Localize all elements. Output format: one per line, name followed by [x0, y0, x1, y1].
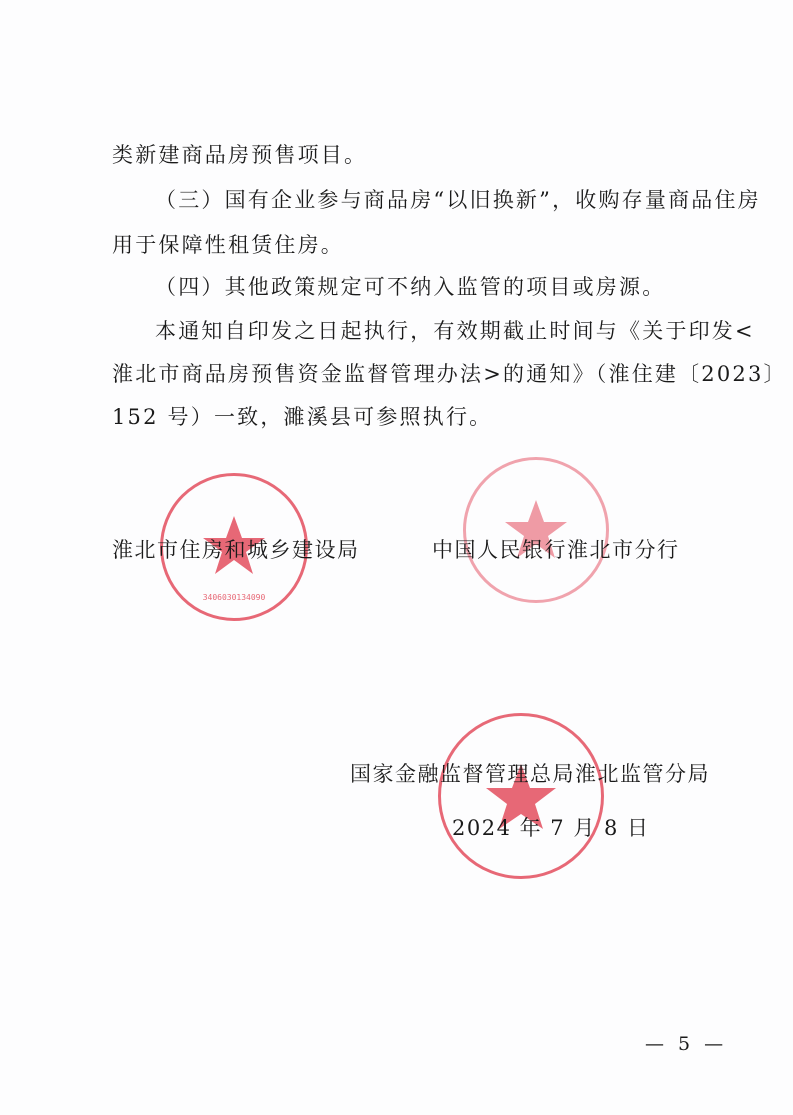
body-line-2: （三）国有企业参与商品房“以旧换新”，收购存量商品住房: [155, 188, 761, 212]
body-line-4: （四）其他政策规定可不纳入监管的项目或房源。: [155, 275, 665, 299]
body-line-5: 本通知自印发之日起执行，有效期截止时间与《关于印发<: [155, 319, 755, 343]
body-line-7: 152 号）一致，濉溪县可参照执行。: [112, 405, 492, 429]
star-icon: [441, 716, 601, 876]
svg-text:3406030134090: 3406030134090: [203, 593, 266, 602]
body-line-3: 用于保障性租赁住房。: [112, 233, 344, 257]
nfra-seal: [438, 713, 604, 879]
signature-nfra-branch: 国家金融监督管理总局淮北监管分局: [350, 762, 710, 786]
signature-pboc-branch: 中国人民银行淮北市分行: [432, 538, 680, 562]
body-line-6: 淮北市商品房预售资金监督管理办法>的通知》（淮住建〔2023〕: [112, 362, 787, 386]
page-number: — 5 —: [645, 1033, 727, 1055]
signature-housing-bureau: 淮北市住房和城乡建设局: [112, 538, 360, 562]
pboc-seal: [463, 457, 609, 603]
body-line-1: 类新建商品房预售项目。: [112, 143, 367, 167]
document-date: 2024 年 7 月 8 日: [452, 816, 650, 840]
star-icon: [466, 460, 606, 600]
